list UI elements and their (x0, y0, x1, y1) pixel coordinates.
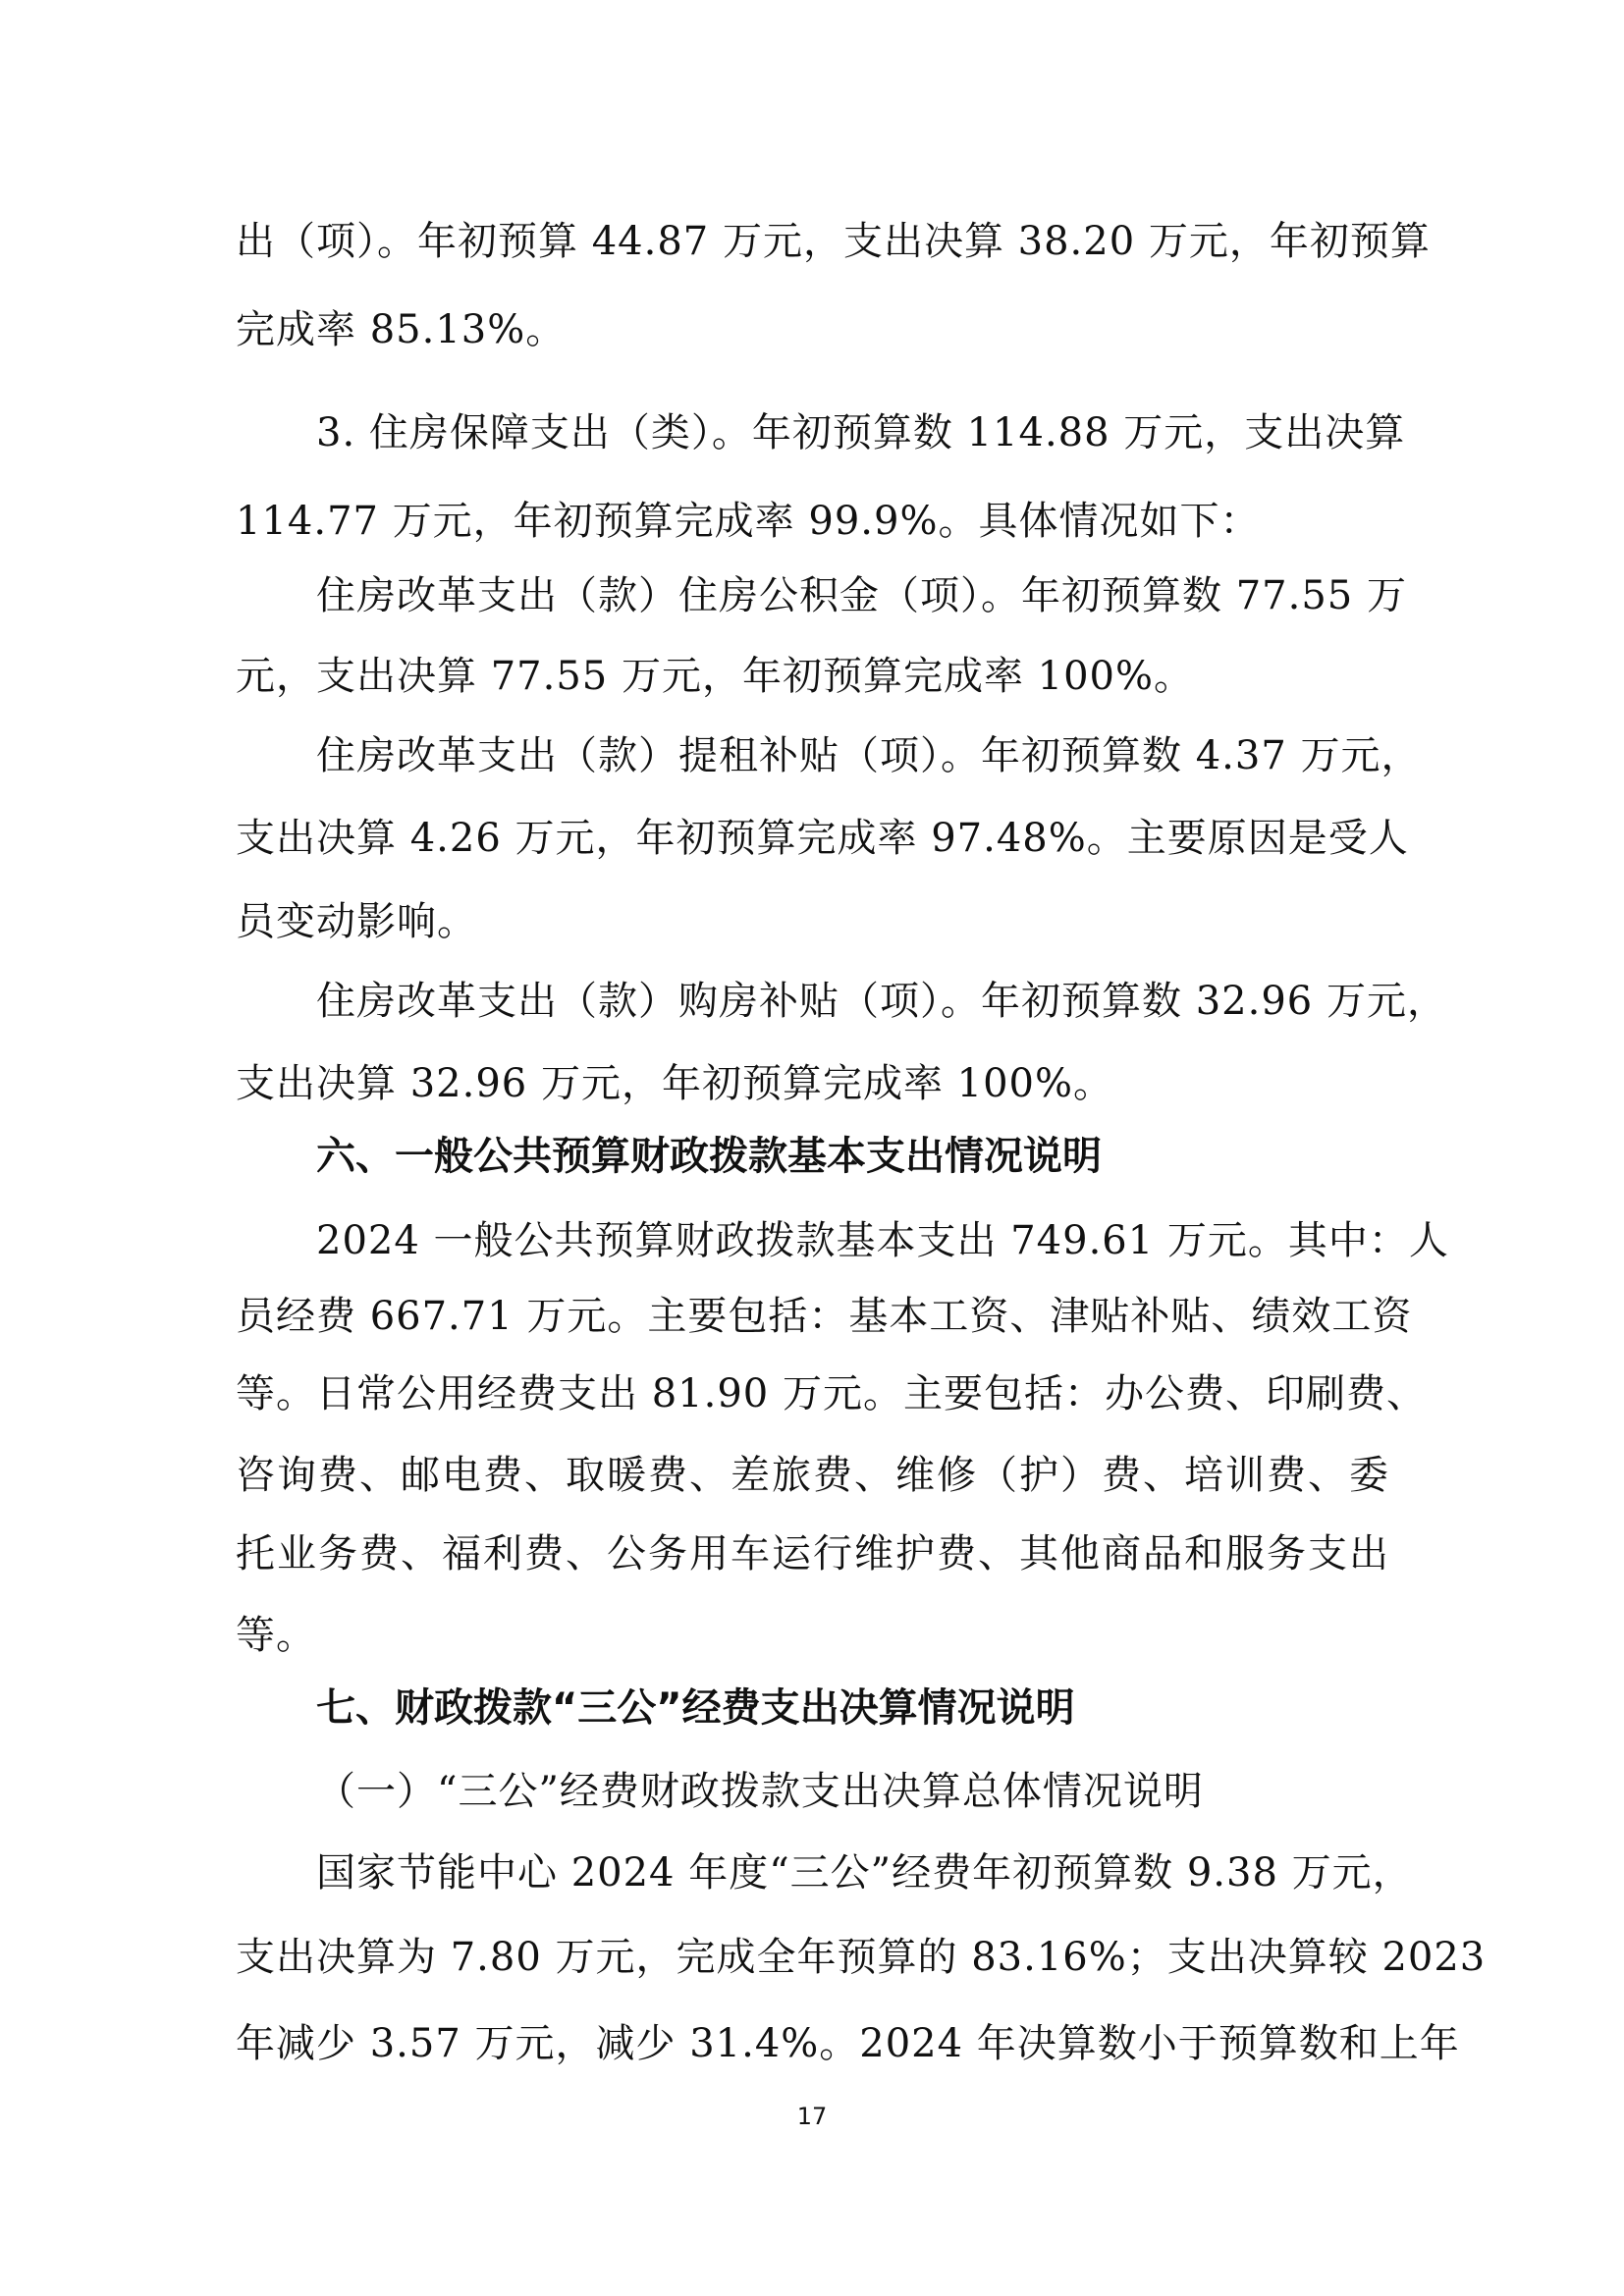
paragraph-line: 3. 住房保障支出（类）。年初预算数 114.88 万元，支出决算 (316, 405, 1389, 460)
paragraph-line: 2024 一般公共预算财政拨款基本支出 749.61 万元。其中：人 (316, 1213, 1389, 1268)
paragraph-line: 等。日常公用经费支出 81.90 万元。主要包括：办公费、印刷费、 (236, 1366, 1389, 1421)
paragraph-line: 员变动影响。 (236, 894, 1389, 949)
paragraph-line: 支出决算 32.96 万元，年初预算完成率 100%。 (236, 1056, 1389, 1111)
document-page: 出（项）。年初预算 44.87 万元，支出决算 38.20 万元，年初预算 完成… (0, 0, 1624, 2296)
paragraph-line: 出（项）。年初预算 44.87 万元，支出决算 38.20 万元，年初预算 (236, 214, 1389, 269)
paragraph-line: 元，支出决算 77.55 万元，年初预算完成率 100%。 (236, 649, 1389, 704)
paragraph-line: 住房改革支出（款）购房补贴（项）。年初预算数 32.96 万元， (316, 974, 1389, 1029)
paragraph-line: 114.77 万元，年初预算完成率 99.9%。具体情况如下： (236, 494, 1389, 549)
subsection-heading: （一）“三公”经费财政拨款支出决算总体情况说明 (316, 1764, 1389, 1819)
section-heading: 六、一般公共预算财政拨款基本支出情况说明 (316, 1129, 1389, 1184)
page-number: 17 (0, 2103, 1624, 2130)
paragraph-line: 支出决算为 7.80 万元，完成全年预算的 83.16%；支出决算较 2023 (236, 1930, 1389, 1985)
paragraph-line: 年减少 3.57 万元，减少 31.4%。2024 年决算数小于预算数和上年 (236, 2016, 1389, 2071)
paragraph-line: 住房改革支出（款）提租补贴（项）。年初预算数 4.37 万元， (316, 728, 1389, 783)
paragraph-line: 等。 (236, 1608, 1389, 1663)
paragraph-line: 完成率 85.13%。 (236, 302, 1389, 357)
paragraph-line: 托业务费、福利费、公务用车运行维护费、其他商品和服务支出 (236, 1526, 1389, 1581)
paragraph-line: 咨询费、邮电费、取暖费、差旅费、维修（护）费、培训费、委 (236, 1448, 1389, 1503)
paragraph-line: 住房改革支出（款）住房公积金（项）。年初预算数 77.55 万 (316, 568, 1389, 623)
paragraph-line: 员经费 667.71 万元。主要包括：基本工资、津贴补贴、绩效工资 (236, 1289, 1389, 1344)
section-heading: 七、财政拨款“三公”经费支出决算情况说明 (316, 1681, 1389, 1735)
paragraph-line: 支出决算 4.26 万元，年初预算完成率 97.48%。主要原因是受人 (236, 811, 1389, 866)
paragraph-line: 国家节能中心 2024 年度“三公”经费年初预算数 9.38 万元， (316, 1845, 1389, 1900)
